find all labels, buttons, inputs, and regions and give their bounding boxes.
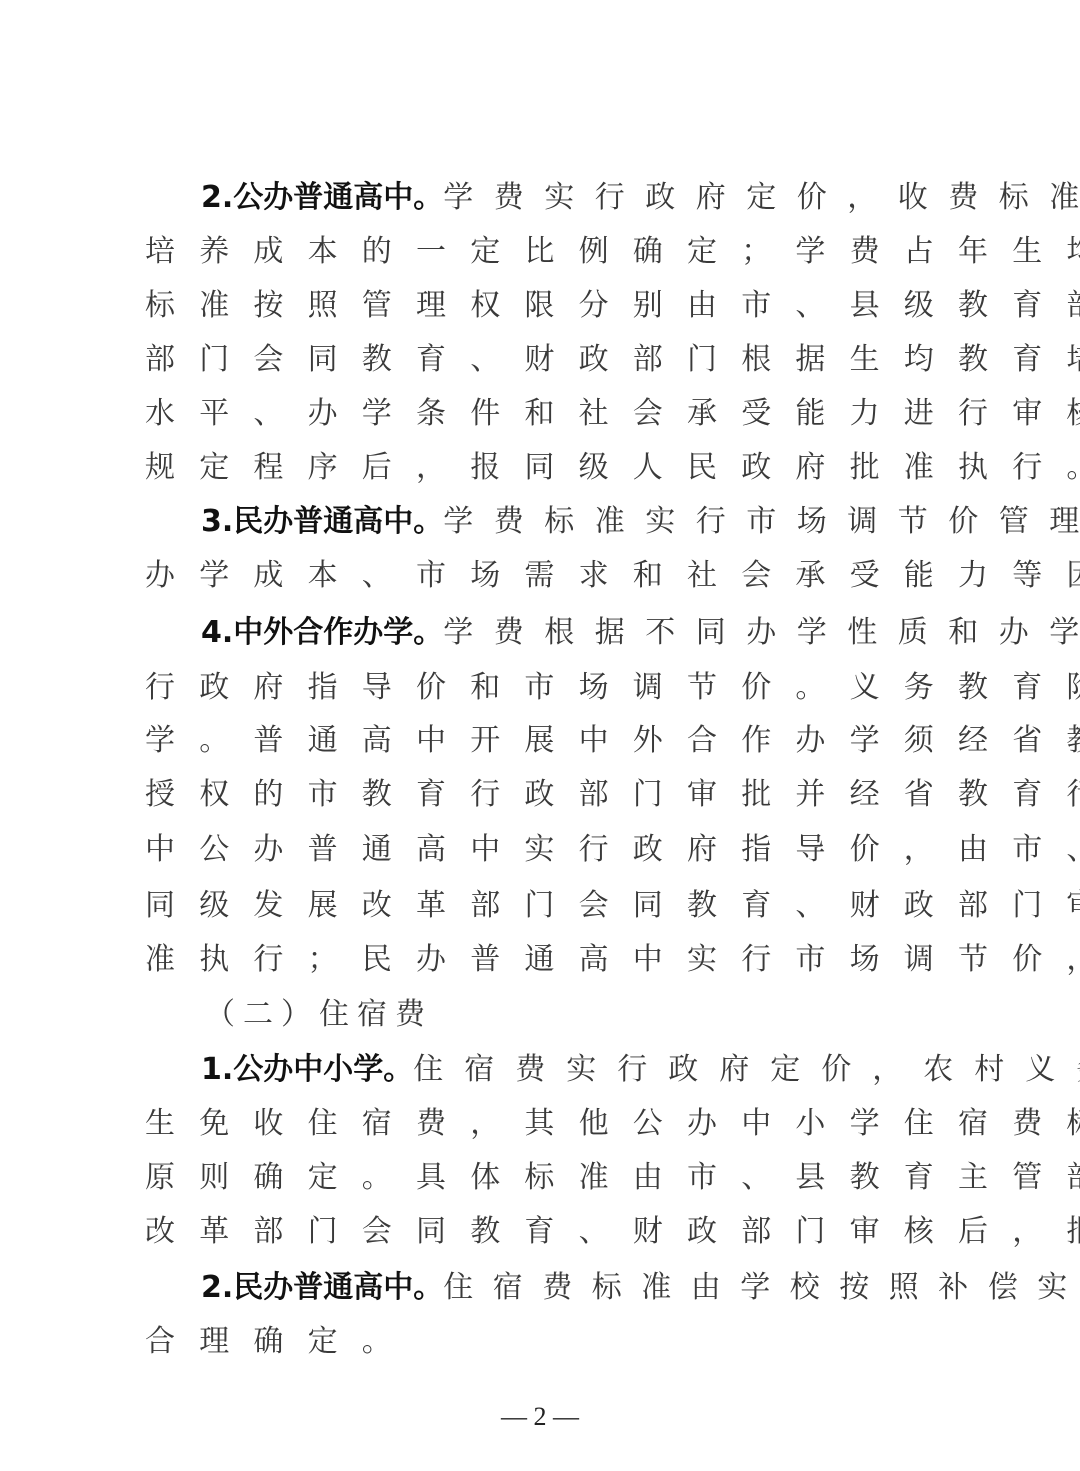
paragraph-line: 同级发展改革部门会同教育、财政部门审核后报同级人民政府批: [145, 886, 975, 926]
paragraph-line: 规定程序后，报同级人民政府批准执行。: [145, 448, 975, 488]
paragraph-line: 2.民办普通高中。住宿费标准由学校按照补偿实际成本的原则: [201, 1268, 1031, 1308]
page-number: — 2 —: [0, 1402, 1080, 1432]
bold-lead: 1.公办中小学。: [201, 1052, 413, 1087]
paragraph-line: 生免收住宿费，其他公办中小学住宿费标准按照补偿实际成本的: [145, 1104, 975, 1144]
paragraph-line: 准执行；民办普通高中实行市场调节价，由学校合理确定。: [145, 940, 975, 980]
document-page: 2.公办普通高中。学费实行政府定价，收费标准根据生均教育 培养成本的一定比例确定…: [0, 0, 1080, 1471]
bold-lead: 4.中外合作办学。: [201, 615, 443, 650]
paragraph-line: 中公办普通高中实行政府指导价，由市、县教育部门提出意见，: [145, 830, 975, 870]
paragraph-line: 合理确定。: [145, 1322, 975, 1362]
paragraph-line: 行政府指导价和市场调节价。义务教育阶段不得开展中外合作办: [145, 668, 975, 708]
paragraph-line: 授权的市教育行政部门审批并经省教育行政部门核准后开展。其: [145, 775, 975, 815]
paragraph-line: 3.民办普通高中。学费标准实行市场调节价管理，由学校根据: [201, 502, 1031, 542]
paragraph-line: 水平、办学条件和社会承受能力进行审核并拟定方案，经听证等: [145, 394, 975, 434]
paragraph-line: 培养成本的一定比例确定；学费占年生均教育培养成本的比例和: [145, 232, 975, 272]
paragraph-line: 部门会同教育、财政部门根据生均教育培养成本，结合经济发展: [145, 340, 975, 380]
section-heading: （二）住宿费: [205, 995, 1035, 1035]
paragraph-line: 学。普通高中开展中外合作办学须经省教育行政部门批准或由被: [145, 721, 975, 761]
paragraph-line: 办学成本、市场需求和社会承受能力等因素依法合理确定。: [145, 556, 975, 596]
paragraph-line: 2.公办普通高中。学费实行政府定价，收费标准根据生均教育: [201, 178, 1031, 218]
paragraph-line: 改革部门会同教育、财政部门审核后，报同级人民政府批准执行。: [145, 1212, 975, 1252]
bold-lead: 3.民办普通高中。: [201, 504, 443, 539]
bold-lead: 2.民办普通高中。: [201, 1270, 443, 1305]
paragraph-line: 标准按照管理权限分别由市、县级教育部门提出意见，发展改革: [145, 286, 975, 326]
bold-lead: 2.公办普通高中。: [201, 180, 443, 215]
paragraph-line: 4.中外合作办学。学费根据不同办学性质和办学形式，分别实: [201, 613, 1031, 653]
paragraph-line: 原则确定。具体标准由市、县教育主管部门提出意见，同级发展: [145, 1158, 975, 1198]
paragraph-line: 1.公办中小学。住宿费实行政府定价，农村义务教育阶段寄宿: [201, 1050, 1031, 1090]
